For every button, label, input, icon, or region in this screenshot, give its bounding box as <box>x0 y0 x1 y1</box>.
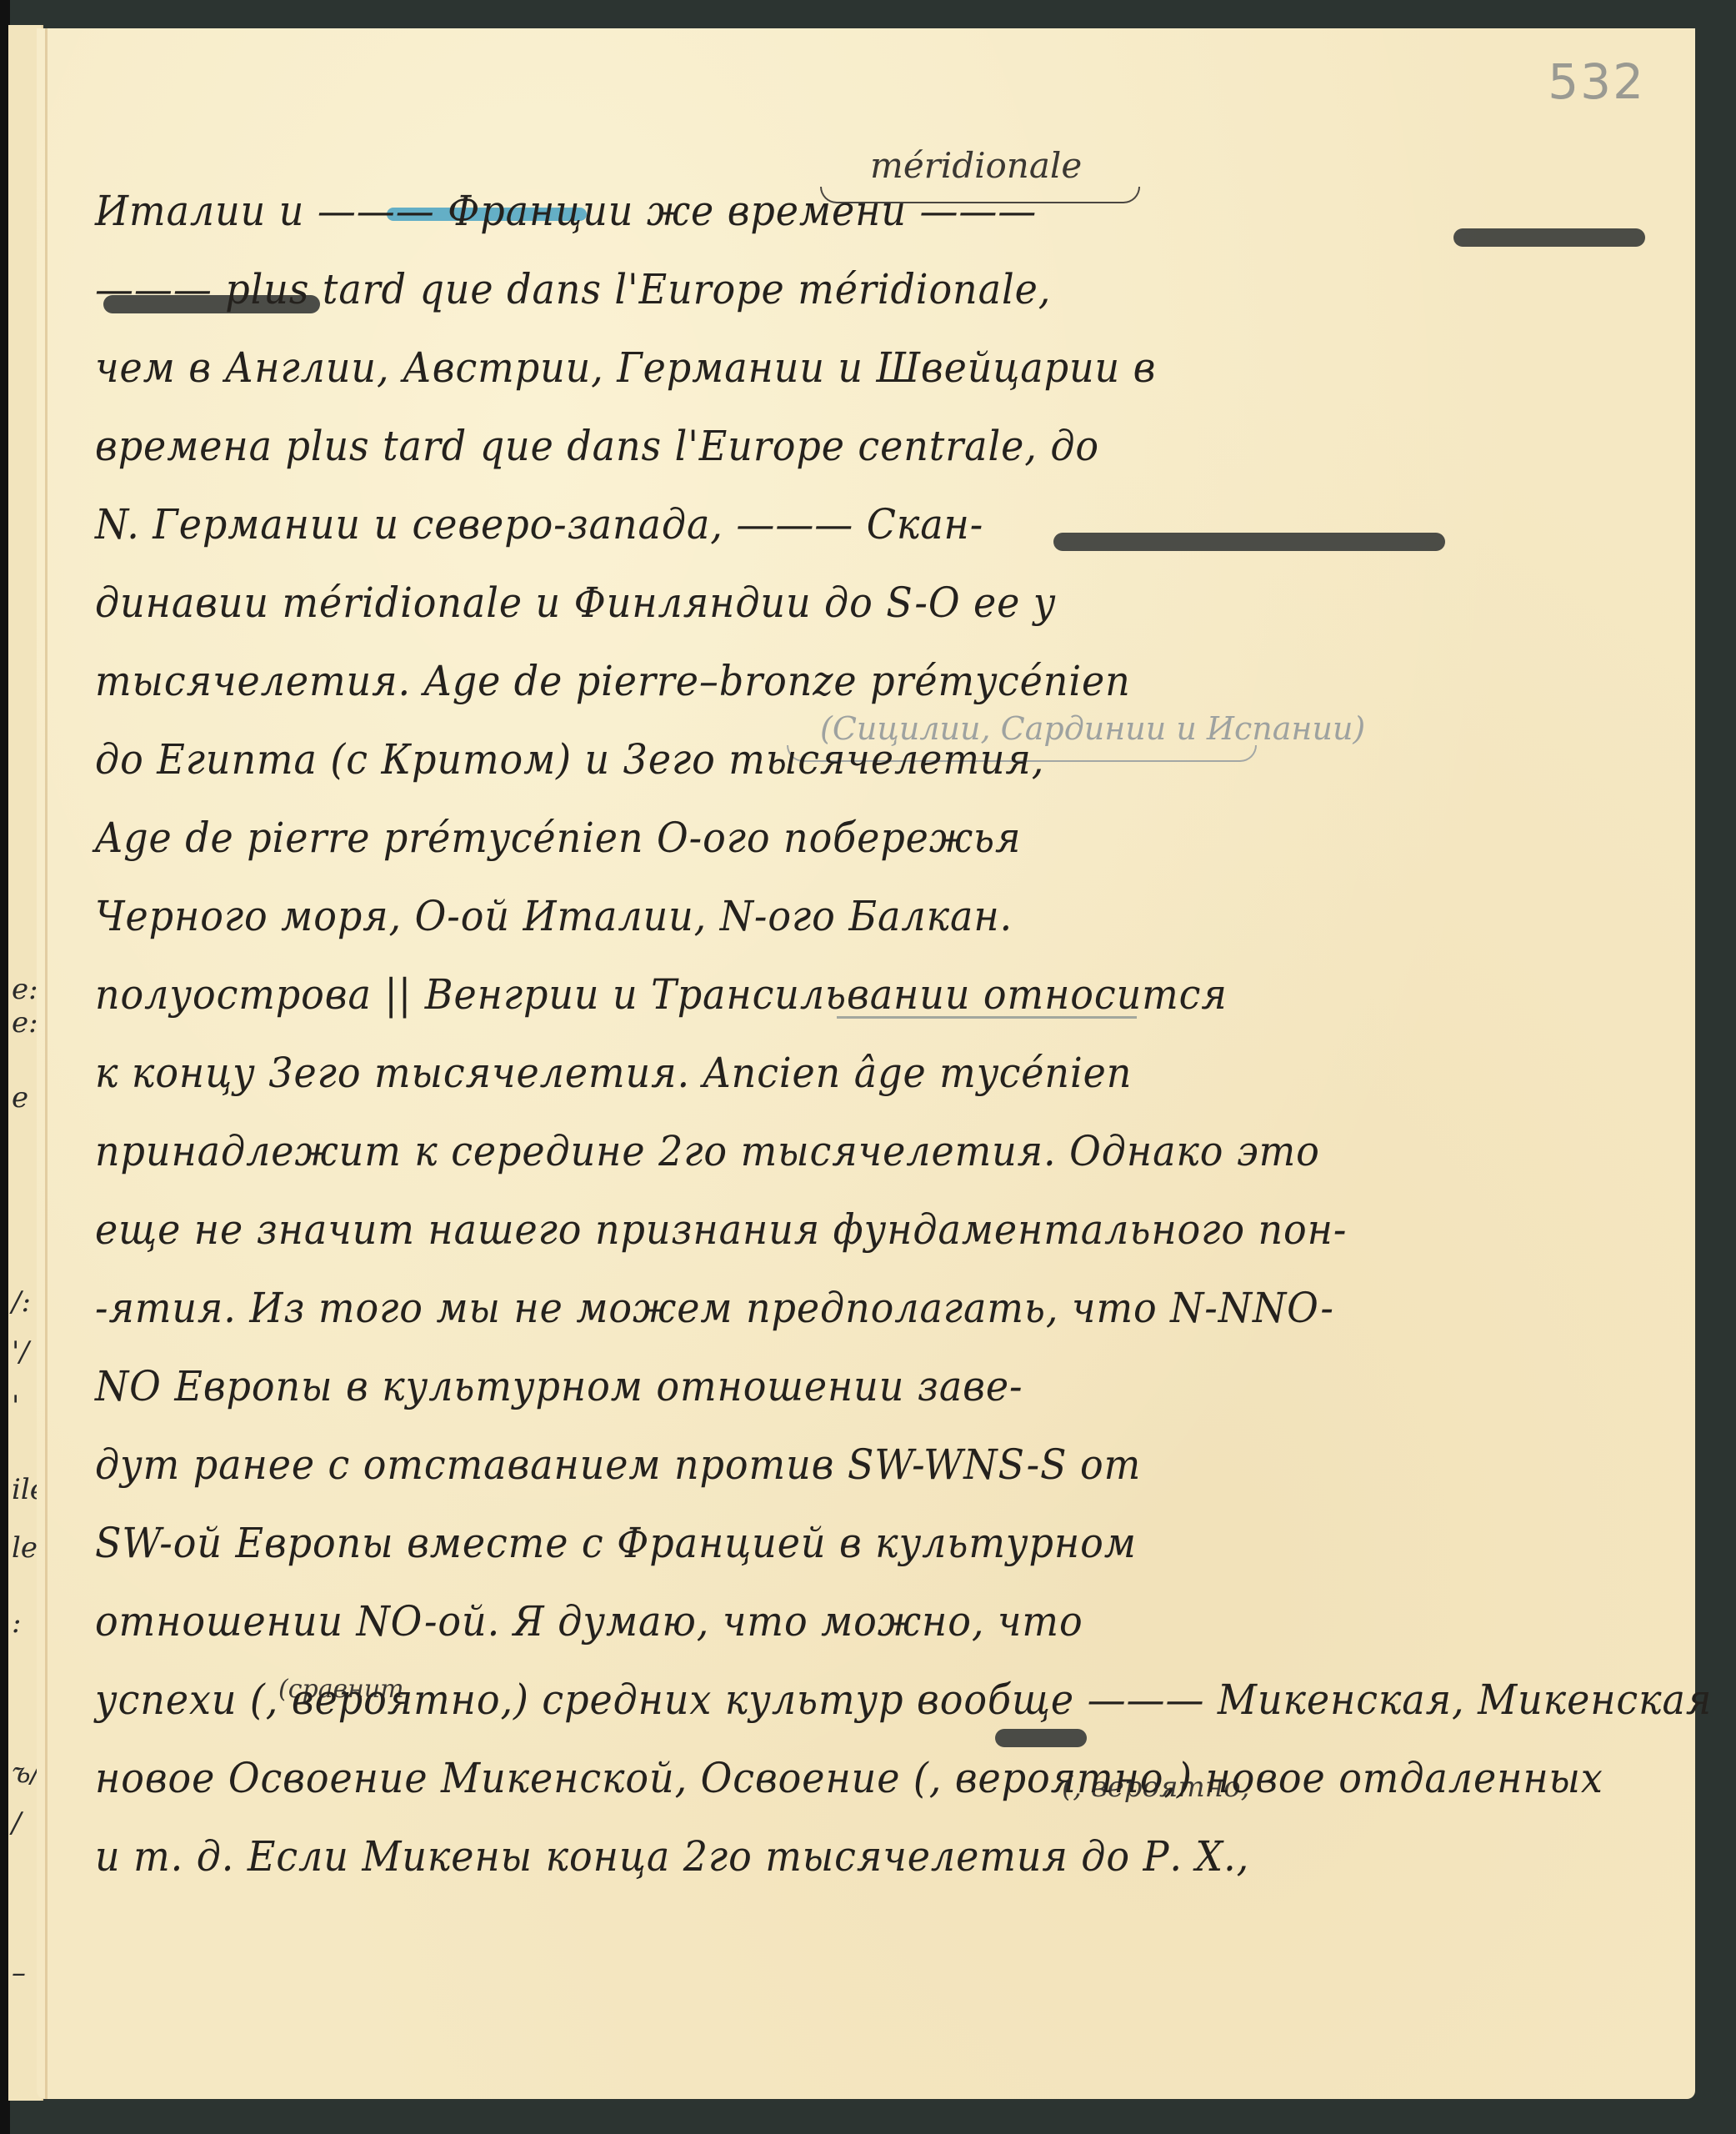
text-line: тысячелетия. Age de pierre–bronze prémyc… <box>95 657 1662 735</box>
text-line: чем в Англии, Австрии, Германии и Швейца… <box>95 343 1662 422</box>
text-line: отношении NO-ой. Я думаю, что можно, что <box>95 1597 1662 1676</box>
page-fold <box>45 28 48 2099</box>
text-line: новое Освоение Микенской, Освоение (, ве… <box>95 1754 1662 1832</box>
text-line: Черного моря, О-ой Италии, N-ого Балкан. <box>95 892 1662 970</box>
text-line: еще не значит нашего признания фундамент… <box>95 1205 1662 1284</box>
text-line: динавии méridionale и Финляндии до S-О е… <box>95 579 1662 657</box>
text-line: Италии и ——— Франции же времени ——— <box>95 187 1662 265</box>
text-line: SW-ой Европы вместе с Францией в культур… <box>95 1519 1662 1597</box>
text-line: к концу 3его тысячелетия. Ancien âge myc… <box>95 1049 1662 1127</box>
margin-fragment: ъ/ <box>12 1759 40 1787</box>
margin-fragment: е <box>12 1084 28 1112</box>
text-line: принадлежит к середине 2го тысячелетия. … <box>95 1127 1662 1205</box>
margin-fragment: '/ <box>12 1338 29 1366</box>
text-line: времена plus tard que dans l'Europe cent… <box>95 422 1662 500</box>
margin-fragment: ' <box>12 1392 19 1420</box>
margin-fragment: /: <box>12 1288 31 1316</box>
interlinear-annotation: méridionale <box>870 145 1082 186</box>
margin-fragment: : <box>12 1609 21 1637</box>
text-line: -ятия. Из того мы не можем предполагать,… <box>95 1284 1662 1362</box>
margin-fragment: / <box>12 1809 21 1837</box>
margin-fragment: – <box>12 1959 26 1987</box>
text-line: полуострова || Венгрии и Трансильвании о… <box>95 970 1662 1049</box>
text-line: Age de pierre prémycénien О-ого побережь… <box>95 814 1662 892</box>
text-line: до Египта (с Критом) и 3его тысячелетия, <box>95 735 1662 814</box>
page-number: 532 <box>1548 53 1645 110</box>
margin-fragment: e: <box>12 1009 38 1037</box>
margin-fragment: e: <box>12 975 38 1004</box>
margin-fragment: le <box>12 1534 38 1562</box>
manuscript-body: Италии и ——— Франции же времени ——— ——— … <box>95 187 1662 1911</box>
text-line: и т. д. Если Микены конца 2го тысячелети… <box>95 1832 1662 1911</box>
text-line: N. Германии и северо-запада, ——— Скан- <box>95 500 1662 579</box>
text-line: NO Европы в культурном отношении заве- <box>95 1362 1662 1440</box>
scan-frame: e: e: е /: '/ ' iles le : ъ/ / – 532 mér… <box>0 0 1736 2134</box>
text-line: успехи (, вероятно,) средних культур воо… <box>95 1676 1662 1754</box>
text-line: дут ранее с отставанием против SW-WNS-S … <box>95 1440 1662 1519</box>
manuscript-page: 532 méridionale (Сицилии, Сардинии и Исп… <box>37 28 1695 2099</box>
text-line: ——— plus tard que dans l'Europe méridion… <box>95 265 1662 343</box>
